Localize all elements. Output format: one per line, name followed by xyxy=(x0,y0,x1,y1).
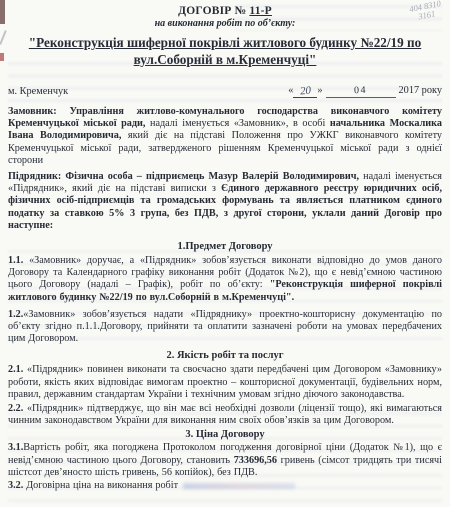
date-quote-close: » xyxy=(317,85,322,96)
scan-edge-mark xyxy=(0,30,7,45)
object-title: "Реконструкція шиферної покрівлі житлово… xyxy=(8,34,442,68)
section-heading-2: 2. Якість робіт та послуг xyxy=(8,350,442,362)
paragraph-2-1: 2.1. «Підрядник» повинен виконати та сво… xyxy=(8,364,442,401)
paragraph-zamovnyk: Замовник: Управління житлово-комунальног… xyxy=(8,106,442,167)
date-row: «20»042017 року xyxy=(288,84,442,98)
illegible-smudge xyxy=(183,483,295,489)
object-title-text: "Реконструкція шиферної покрівлі житлово… xyxy=(29,35,421,67)
paragraph-1-1: 1.1. «Замовник» доручає, а «Підрядник» з… xyxy=(8,255,442,304)
scan-edge-mark xyxy=(0,53,4,61)
paragraph-3-1: 3.1.Вартість робіт, яка погоджена Проток… xyxy=(8,442,442,479)
section-heading-3: 3. Ціна Договору xyxy=(8,429,442,441)
contract-subtitle: на виконання робіт по об’єкту: xyxy=(8,18,442,30)
paragraph-2-2: 2.2. «Підрядник» підтверджує, що він має… xyxy=(8,403,442,427)
month-underline: 04 xyxy=(326,84,396,98)
year-label: 2017 року xyxy=(399,85,442,96)
day-underline: 20 xyxy=(293,84,317,98)
contract-document-page: 404 8310 3161 ДОГОВІР № 11-Р на виконанн… xyxy=(0,0,450,507)
handwritten-month: 04 xyxy=(354,84,367,97)
contract-title-prefix: ДОГОВІР № xyxy=(178,5,249,17)
paragraph-3-2-text: 3.2. Договірна ціна на виконання робіт xyxy=(8,480,178,491)
dateline: м. Кременчук «20»042017 року xyxy=(8,84,442,98)
contract-number: 11-Р xyxy=(249,5,272,17)
city-label: м. Кременчук xyxy=(8,85,68,98)
contract-number-line: ДОГОВІР № 11-Р xyxy=(8,4,442,18)
handwritten-day: 20 xyxy=(299,85,311,99)
paragraph-pidriadnyk: Підрядник: Фізична особа – підприємець М… xyxy=(8,171,442,232)
section-heading-1: 1.Предмет Договору xyxy=(8,241,442,253)
paragraph-1-2: 1.2.«Замовник» зобов’язується надати «Пі… xyxy=(8,309,442,346)
paragraph-3-2: 3.2. Договірна ціна на виконання робіт xyxy=(8,480,442,492)
scan-edge-mark xyxy=(0,0,5,24)
